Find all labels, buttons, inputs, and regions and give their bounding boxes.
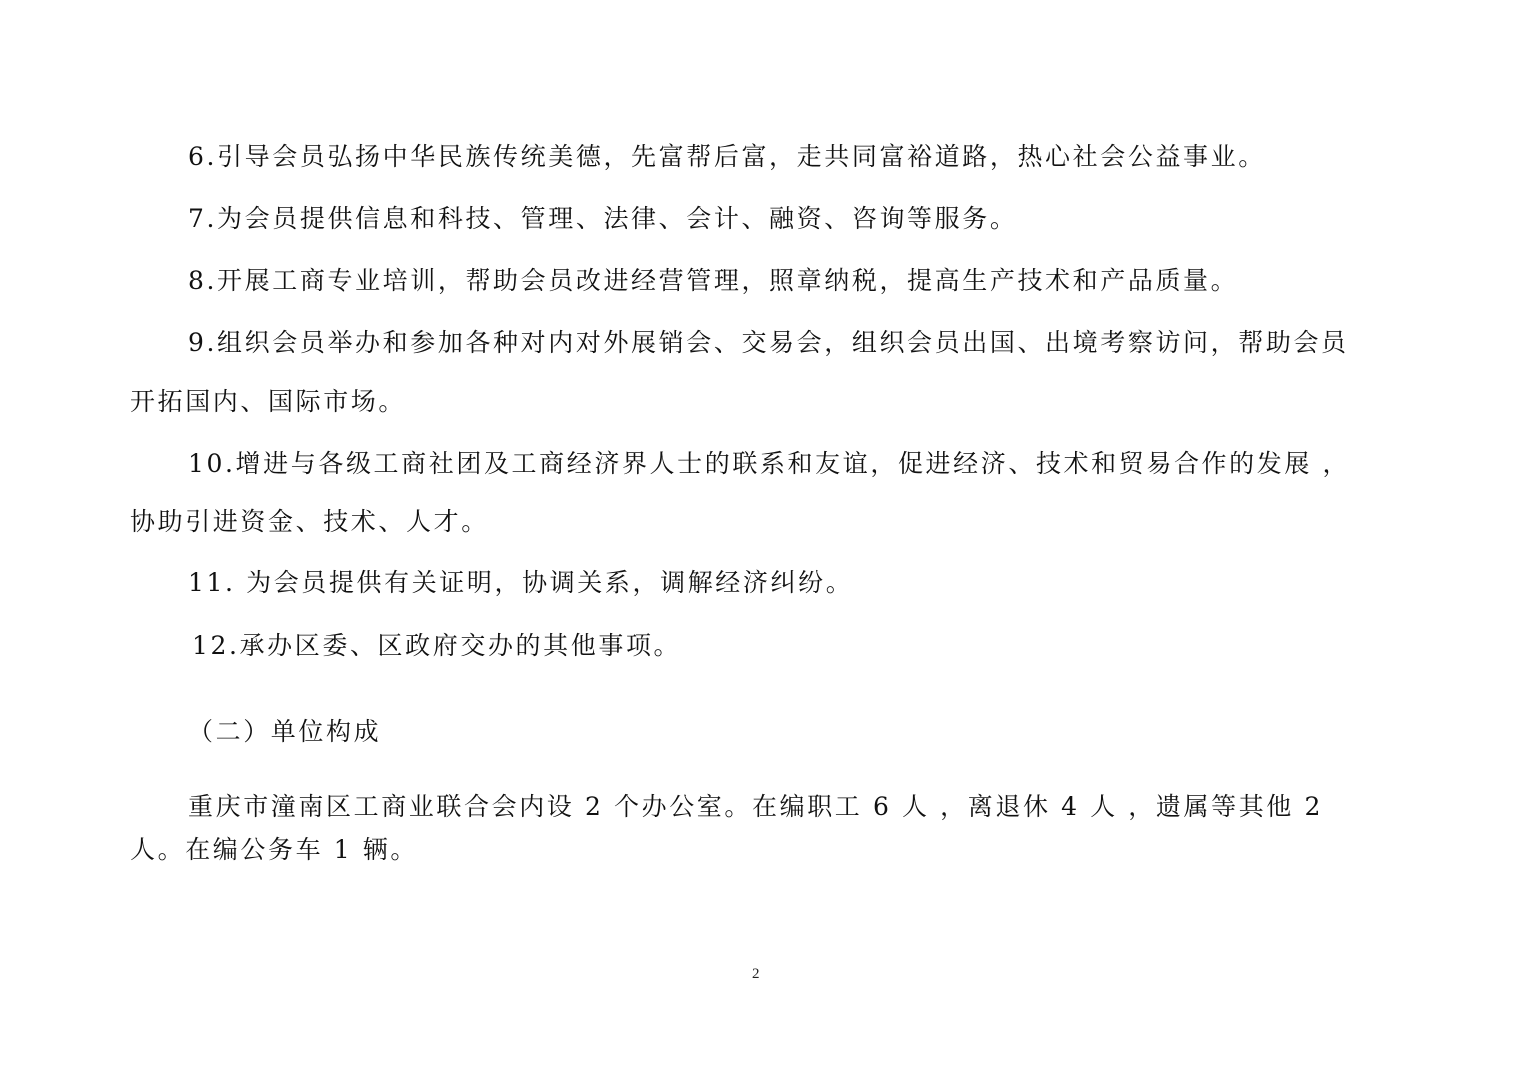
list-item-11: 11. 为会员提供有关证明，协调关系，调解经济纠纷。 bbox=[188, 568, 853, 598]
list-item-8: 8.开展工商专业培训，帮助会员改进经营管理，照章纳税，提高生产技术和产品质量。 bbox=[188, 266, 1238, 296]
list-item-9-line-1: 9.组织会员举办和参加各种对内对外展销会、交易会，组织会员出国、出境考察访问，帮… bbox=[188, 328, 1349, 358]
page-number: 2 bbox=[752, 966, 760, 983]
list-item-6: 6.引导会员弘扬中华民族传统美德，先富帮后富，走共同富裕道路，热心社会公益事业。 bbox=[188, 142, 1266, 172]
composition-paragraph-line-1: 重庆市潼南区工商业联合会内设 2 个办公室。在编职工 6 人 ，离退休 4 人 … bbox=[188, 792, 1323, 822]
list-item-7: 7.为会员提供信息和科技、管理、法律、会计、融资、咨询等服务。 bbox=[188, 204, 1017, 234]
list-item-12: 12.承办区委、区政府交办的其他事项。 bbox=[192, 631, 681, 661]
section-heading: （二）单位构成 bbox=[188, 717, 381, 747]
document-page: 6.引导会员弘扬中华民族传统美德，先富帮后富，走共同富裕道路，热心社会公益事业。… bbox=[0, 0, 1520, 1074]
list-item-10-line-2: 协助引进资金、技术、人才。 bbox=[130, 507, 489, 537]
list-item-10-line-1: 10.增进与各级工商社团及工商经济界人士的联系和友谊，促进经济、技术和贸易合作的… bbox=[188, 449, 1350, 479]
list-item-9-line-2: 开拓国内、国际市场。 bbox=[130, 387, 406, 417]
composition-paragraph-line-2: 人。在编公务车 1 辆。 bbox=[130, 835, 418, 865]
